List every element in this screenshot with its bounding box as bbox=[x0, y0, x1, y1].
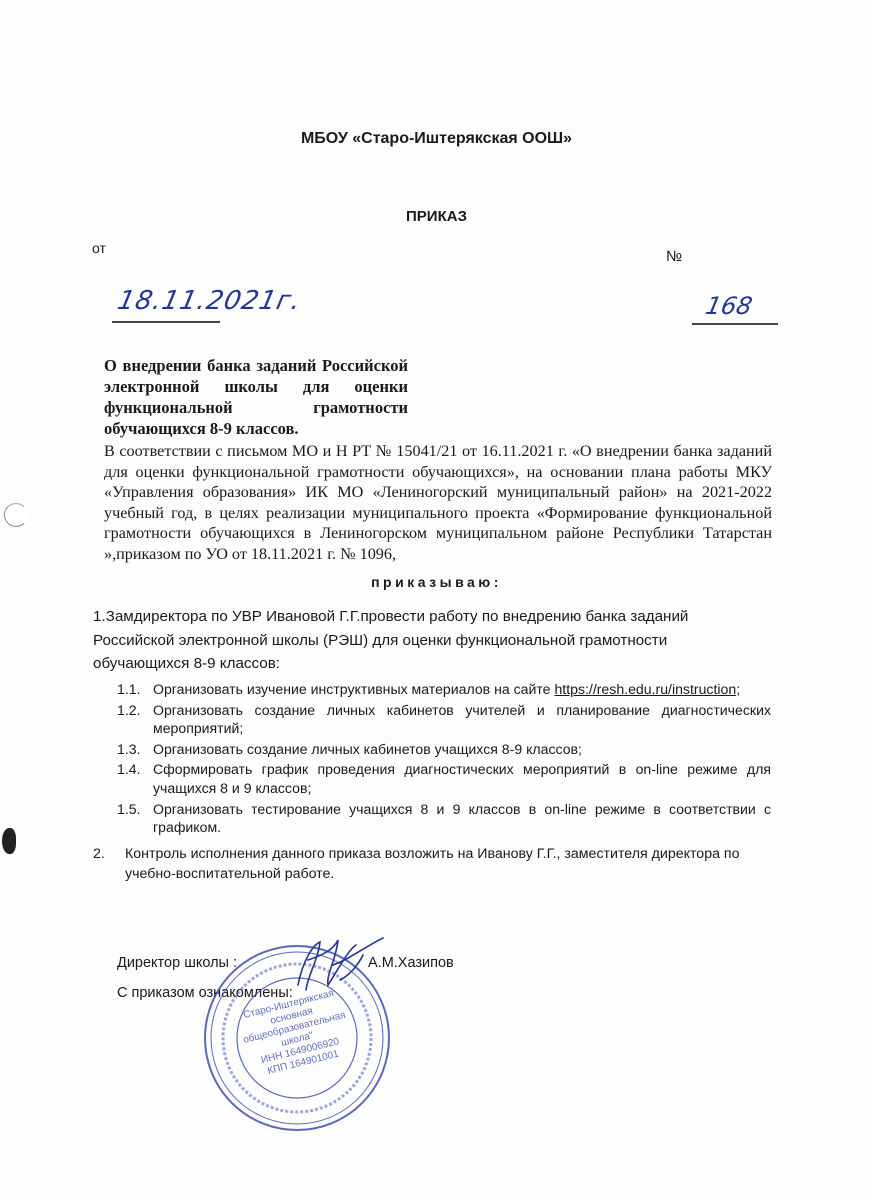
subitem-number: 1.5. bbox=[117, 800, 153, 837]
subitem-number: 1.1. bbox=[117, 680, 153, 699]
punch-hole-top bbox=[4, 503, 28, 527]
document-page: МБОУ «Старо-Иштерякская ООШ» ПРИКАЗ от №… bbox=[0, 0, 873, 1200]
subitem-text: Организовать создание личных кабинетов у… bbox=[153, 740, 771, 759]
subitem-1-4: 1.4. Сформировать график проведения диаг… bbox=[117, 760, 771, 797]
subitem-number: 1.3. bbox=[117, 740, 153, 759]
director-signature-icon bbox=[278, 930, 388, 1000]
item-number: 2. bbox=[93, 845, 125, 884]
order-subject: О внедрении банка заданий Российской эле… bbox=[104, 355, 408, 439]
subitem-text: Организовать изучение инструктивных мате… bbox=[153, 680, 771, 699]
subitem-1-5: 1.5. Организовать тестирование учащихся … bbox=[117, 800, 771, 837]
order-word: приказываю: bbox=[0, 574, 873, 590]
subitem-number: 1.4. bbox=[117, 760, 153, 797]
subitem-text-tail: ; bbox=[736, 681, 740, 697]
organization-title: МБОУ «Старо-Иштерякская ООШ» bbox=[0, 130, 873, 148]
handwritten-order-number: 168 bbox=[703, 292, 755, 320]
subitem-text-body: Организовать изучение инструктивных мате… bbox=[153, 681, 554, 697]
document-type-heading: ПРИКАЗ bbox=[0, 208, 873, 225]
number-underline bbox=[692, 323, 778, 325]
order-subitems-list: 1.1. Организовать изучение инструктивных… bbox=[117, 680, 771, 839]
instruction-link[interactable]: https://resh.edu.ru/instruction bbox=[554, 681, 736, 697]
subitem-text: Сформировать график проведения диагности… bbox=[153, 760, 771, 797]
punch-hole-bottom bbox=[2, 828, 16, 854]
date-label: от bbox=[92, 240, 106, 256]
subitem-1-1: 1.1. Организовать изучение инструктивных… bbox=[117, 680, 771, 699]
subitem-1-3: 1.3. Организовать создание личных кабине… bbox=[117, 740, 771, 759]
number-label: № bbox=[666, 248, 682, 265]
date-underline bbox=[112, 321, 220, 323]
order-item-1: 1.Замдиректора по УВР Ивановой Г.Г.прове… bbox=[93, 605, 753, 676]
preamble-paragraph: В соответствии с письмом МО и Н РТ № 150… bbox=[104, 441, 772, 564]
subitem-1-2: 1.2. Организовать создание личных кабине… bbox=[117, 701, 771, 738]
handwritten-date: 18.11.2021г. bbox=[115, 286, 304, 316]
subitem-number: 1.2. bbox=[117, 701, 153, 738]
subitem-text: Организовать тестирование учащихся 8 и 9… bbox=[153, 800, 771, 837]
subitem-text: Организовать создание личных кабинетов у… bbox=[153, 701, 771, 738]
item-text: Контроль исполнения данного приказа возл… bbox=[125, 845, 773, 884]
order-item-2: 2. Контроль исполнения данного приказа в… bbox=[93, 845, 773, 884]
